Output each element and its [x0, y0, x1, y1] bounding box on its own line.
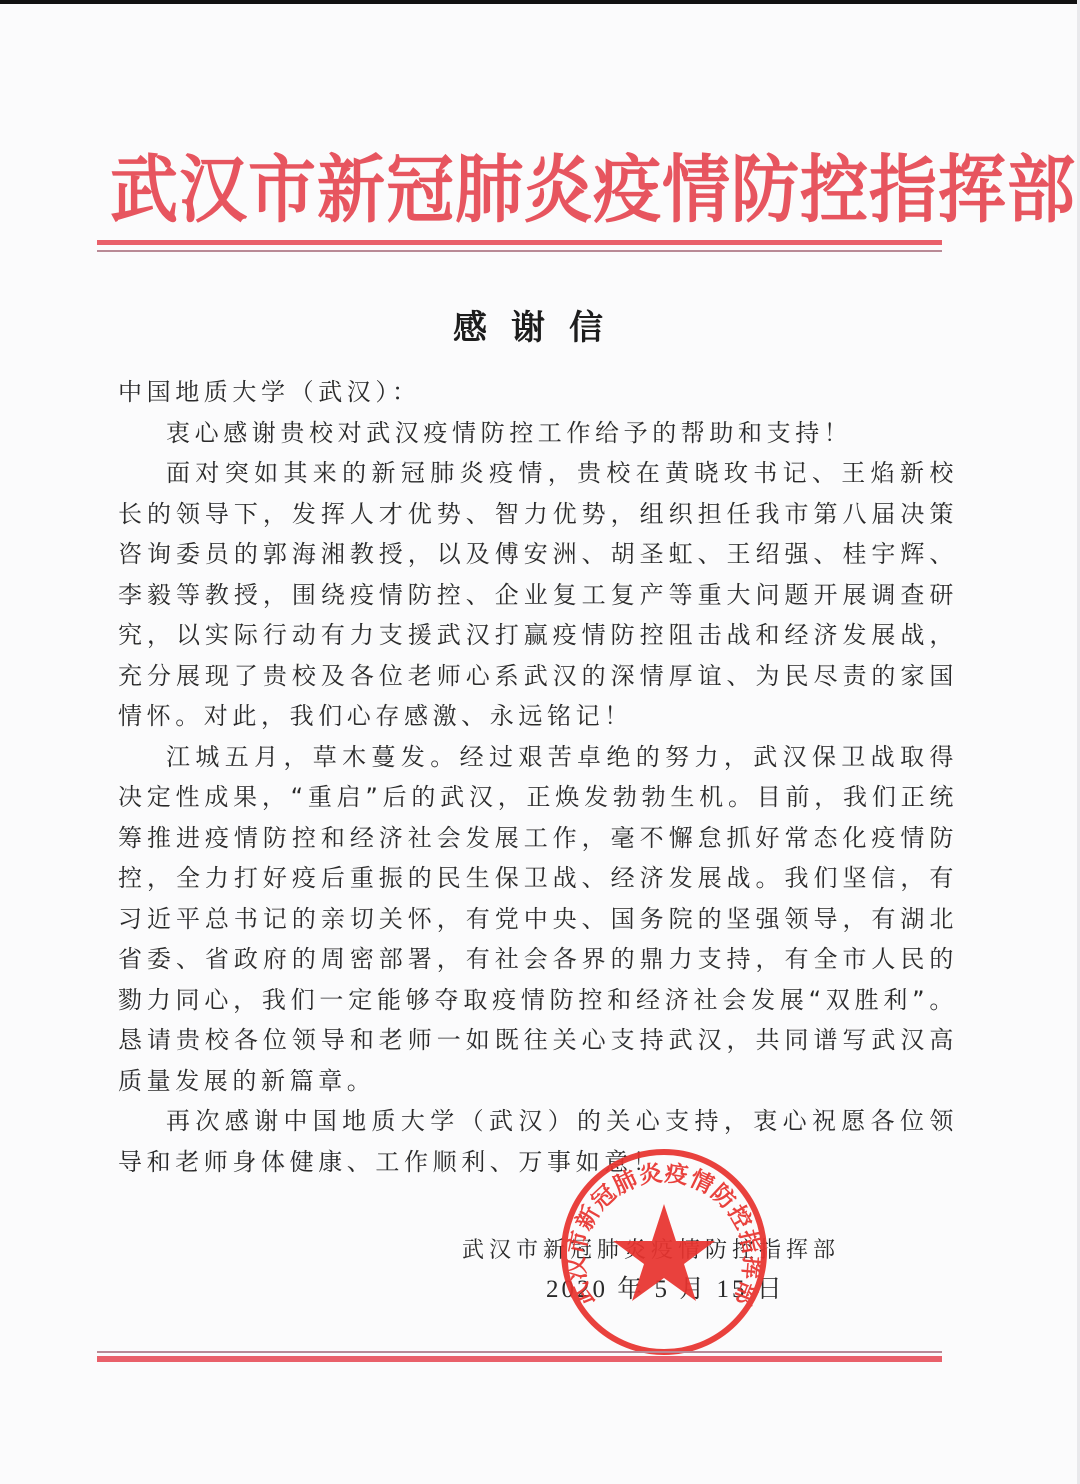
letterhead-title: 武汉市新冠肺炎疫情防控指挥部	[110, 148, 970, 234]
signature-block: 武汉市新冠肺炎疫情防控指挥部 2020 年 5 月 15 日	[462, 1232, 882, 1310]
paragraph-thanks: 衷心感谢贵校对武汉疫情防控工作给予的帮助和支持！	[118, 413, 958, 454]
paragraph-closing: 再次感谢中国地质大学（武汉）的关心支持，衷心祝愿各位领导和老师身体健康、工作顺利…	[118, 1101, 958, 1182]
letter-body: 中国地质大学（武汉）： 衷心感谢贵校对武汉疫情防控工作给予的帮助和支持！ 面对突…	[118, 372, 958, 1182]
paragraph-recovery: 江城五月，草木蔓发。经过艰苦卓绝的努力，武汉保卫战取得决定性成果，“重启”后的武…	[118, 737, 958, 1102]
letter-title: 感谢信	[0, 300, 1080, 349]
header-rule-thin	[97, 250, 942, 252]
signature-date: 2020 年 5 月 15 日	[546, 1270, 882, 1310]
paragraph-support-details: 面对突如其来的新冠肺炎疫情，贵校在黄晓玫书记、王焰新校长的领导下，发挥人才优势、…	[118, 453, 958, 737]
footer-rule-thin	[97, 1351, 942, 1353]
salutation: 中国地质大学（武汉）：	[118, 372, 958, 413]
signature-organization: 武汉市新冠肺炎疫情防控指挥部	[462, 1232, 882, 1270]
footer-rule-thick	[97, 1356, 942, 1362]
header-rule-thick	[97, 240, 942, 245]
